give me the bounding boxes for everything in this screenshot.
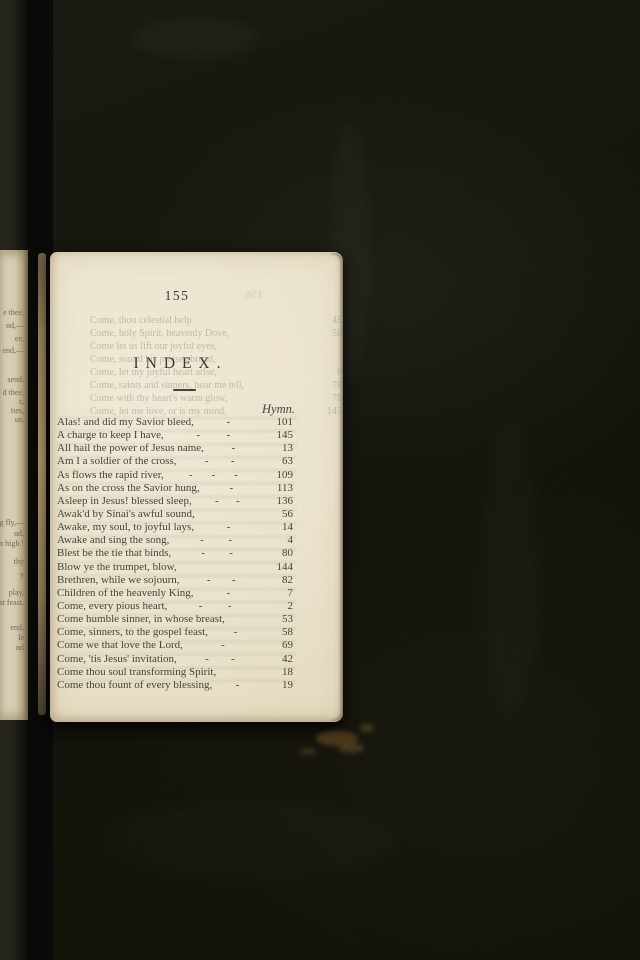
- entry-hymn-number: 53: [263, 613, 297, 626]
- entry-dash-leaders: --: [167, 600, 263, 613]
- entry-hymn-number: 109: [263, 469, 297, 482]
- entry-hymn-number: 113: [263, 482, 297, 495]
- left-page-text-fragment: play,: [9, 588, 24, 597]
- entry-dash-leaders: --: [169, 534, 263, 547]
- entry-dash-leaders: ---: [164, 469, 263, 482]
- entry-hymn-number: 18: [263, 666, 297, 679]
- entry-dash-leaders: -: [194, 587, 263, 600]
- entry-hymn-number: 63: [263, 455, 297, 468]
- left-page-text-fragment: us,: [15, 415, 24, 424]
- index-entry-row: Awake, my soul, to joyful lays,-14: [57, 521, 297, 534]
- entry-title: Awake, my soul, to joyful lays,: [57, 521, 194, 534]
- entry-title: Come, every pious heart,: [57, 600, 167, 613]
- entry-dash-leaders: -: [204, 442, 263, 455]
- index-entry-row: Come we that love the Lord,-69: [57, 639, 297, 652]
- index-entry-row: Am I a soldier of the cross,--63: [57, 455, 297, 468]
- entry-hymn-number: 42: [263, 653, 297, 666]
- ghost-line-number: 78: [322, 380, 342, 391]
- left-page-text-fragment: nd,—: [6, 321, 24, 330]
- dash-leader: -: [227, 416, 231, 429]
- entry-hymn-number: 144: [263, 561, 297, 574]
- entry-dash-leaders: -: [194, 416, 263, 429]
- index-entry-row: Come humble sinner, in whose breast,53: [57, 613, 297, 626]
- entry-hymn-number: 4: [263, 534, 297, 547]
- index-entry-row: Come, every pious heart,--2: [57, 600, 297, 613]
- entry-dash-leaders: --: [177, 653, 263, 666]
- ghost-line: Come, holy Spirit, heavenly Dove,58: [90, 328, 342, 341]
- ghost-line-number: 45: [322, 315, 342, 326]
- background-streak: [100, 800, 400, 880]
- index-entry-row: A charge to keep I have,--145: [57, 429, 297, 442]
- entry-title: As flows the rapid river,: [57, 469, 164, 482]
- index-list: Alas! and did my Savior bleed,-101A char…: [57, 416, 297, 692]
- dash-leader: -: [231, 455, 235, 468]
- left-page-text-fragment: e thee,: [3, 308, 24, 317]
- dash-leader: -: [229, 534, 233, 547]
- index-entry-row: Blow ye the trumpet, blow,144: [57, 561, 297, 574]
- left-partial-page: e thee,nd,—ee,ite end,—send.d thee,s,tie…: [0, 250, 28, 720]
- left-page-text-fragment: n high !: [0, 539, 24, 548]
- dash-leader: -: [236, 495, 240, 508]
- entry-title: Come, 'tis Jesus' invitation,: [57, 653, 177, 666]
- ghost-line-text: Come, saints and sinners, hear me tell,: [90, 380, 322, 391]
- photo-background: e thee,nd,—ee,ite end,—send.d thee,s,tie…: [0, 0, 640, 960]
- book-page: 156 155 Come, thou celestial help45Come,…: [50, 252, 343, 722]
- dash-leader: -: [207, 574, 211, 587]
- index-entry-row: Awak'd by Sinai's awful sound,56: [57, 508, 297, 521]
- left-page-text-fragment: ng fly,—: [0, 518, 24, 527]
- entry-hymn-number: 56: [263, 508, 297, 521]
- index-entry-row: Blest be the tie that binds,--80: [57, 547, 297, 560]
- background-streak: [480, 420, 540, 720]
- dash-leader: -: [212, 469, 216, 482]
- left-page-text-fragment: st feast.: [0, 598, 24, 607]
- left-page-text-fragment: nd: [16, 643, 24, 652]
- left-page-text-fragment: ee,: [15, 334, 24, 343]
- dash-leader: -: [231, 653, 235, 666]
- ghost-line-number: 8: [322, 367, 342, 378]
- entry-hymn-number: 58: [263, 626, 297, 639]
- index-entry-row: As on the cross the Savior hung,-113: [57, 482, 297, 495]
- dash-leader: -: [232, 442, 236, 455]
- entry-hymn-number: 13: [263, 442, 297, 455]
- dash-leader: -: [199, 600, 203, 613]
- entry-hymn-number: 7: [263, 587, 297, 600]
- entry-dash-leaders: -: [183, 639, 263, 652]
- index-entry-row: Asleep in Jesus! blessed sleep,--136: [57, 495, 297, 508]
- page-content: 156 155 Come, thou celestial help45Come,…: [57, 252, 297, 722]
- dash-leader: -: [200, 534, 204, 547]
- entry-hymn-number: 2: [263, 600, 297, 613]
- ghost-line-text: Come, holy Spirit, heavenly Dove,: [90, 328, 322, 339]
- index-entry-row: Come thou fount of every blessing,-19: [57, 679, 297, 692]
- dash-leader: -: [205, 653, 209, 666]
- entry-dash-leaders: --: [171, 547, 263, 560]
- ink-smudge: [300, 748, 316, 755]
- entry-title: Come we that love the Lord,: [57, 639, 183, 652]
- index-entry-row: As flows the rapid river,---109: [57, 469, 297, 482]
- ghost-line: Come, thou celestial help45: [90, 315, 342, 328]
- ghost-line: Come with thy heart's warm glow,78: [90, 393, 342, 406]
- entry-title: Blow ye the trumpet, blow,: [57, 561, 177, 574]
- entry-title: Come thou soul transforming Spirit,: [57, 666, 216, 679]
- entry-title: Am I a soldier of the cross,: [57, 455, 176, 468]
- hymn-column-header: Hymn.: [262, 402, 295, 417]
- entry-hymn-number: 145: [263, 429, 297, 442]
- index-entry-row: Come, 'tis Jesus' invitation,--42: [57, 653, 297, 666]
- entry-title: As on the cross the Savior hung,: [57, 482, 200, 495]
- left-page-text-fragment: send.: [7, 375, 24, 384]
- entry-title: Brethren, while we sojourn,: [57, 574, 180, 587]
- index-entry-row: Awake and sing the song,--4: [57, 534, 297, 547]
- entry-dash-leaders: -: [194, 521, 263, 534]
- dash-leader: -: [227, 429, 231, 442]
- left-page-text-fragment: thy: [14, 557, 24, 566]
- left-page-text-fragment: nd,: [14, 529, 24, 538]
- dash-leader: -: [232, 574, 236, 587]
- entry-title: Blest be the tie that binds,: [57, 547, 171, 560]
- entry-title: All hail the power of Jesus name,: [57, 442, 204, 455]
- entry-dash-leaders: --: [192, 495, 263, 508]
- background-scratch: [130, 18, 260, 58]
- left-page-text-fragment: end,: [10, 623, 24, 632]
- entry-dash-leaders: --: [176, 455, 263, 468]
- dash-leader: -: [215, 495, 219, 508]
- left-page-text-fragment: y: [20, 570, 24, 579]
- left-page-text-fragment: s,: [19, 397, 24, 406]
- entry-dash-leaders: -: [200, 482, 263, 495]
- entry-hymn-number: 82: [263, 574, 297, 587]
- ghost-line-text: Come, thou celestial help: [90, 315, 322, 326]
- ghost-line-number: 58: [322, 328, 342, 339]
- left-page-text-fragment: d thee,: [3, 388, 24, 397]
- dash-leader: -: [189, 469, 193, 482]
- index-entry-row: Brethren, while we sojourn,--82: [57, 574, 297, 587]
- dash-leader: -: [226, 587, 230, 600]
- entry-hymn-number: 136: [263, 495, 297, 508]
- dash-leader: -: [230, 482, 234, 495]
- entry-dash-leaders: --: [180, 574, 264, 587]
- ghost-line: Come, saints and sinners, hear me tell,7…: [90, 380, 342, 393]
- index-entry-row: Children of the heavenly King,-7: [57, 587, 297, 600]
- entry-title: Awake and sing the song,: [57, 534, 169, 547]
- entry-title: Come, sinners, to the gospel feast,: [57, 626, 208, 639]
- ghost-line: Come let us lift our joyful eyes,: [90, 341, 342, 354]
- entry-hymn-number: 69: [263, 639, 297, 652]
- dash-leader: -: [234, 469, 238, 482]
- entry-hymn-number: 14: [263, 521, 297, 534]
- index-entry-row: Come thou soul transforming Spirit,18: [57, 666, 297, 679]
- dash-leader: -: [228, 600, 232, 613]
- entry-title: Come humble sinner, in whose breast,: [57, 613, 225, 626]
- entry-title: Alas! and did my Savior bleed,: [57, 416, 194, 429]
- page-number: 155: [57, 288, 297, 304]
- dash-leader: -: [236, 679, 240, 692]
- entry-hymn-number: 101: [263, 416, 297, 429]
- dash-leader: -: [205, 455, 209, 468]
- entry-title: A charge to keep I have,: [57, 429, 164, 442]
- dash-leader: -: [196, 429, 200, 442]
- dash-leader: -: [227, 521, 231, 534]
- entry-dash-leaders: -: [212, 679, 263, 692]
- entry-hymn-number: 80: [263, 547, 297, 560]
- dash-leader: -: [201, 547, 205, 560]
- left-page-text-fragment: le: [18, 633, 24, 642]
- ink-smudge: [360, 724, 374, 732]
- ink-smudge: [316, 731, 358, 746]
- entry-title: Children of the heavenly King,: [57, 587, 194, 600]
- entry-dash-leaders: --: [164, 429, 263, 442]
- index-entry-row: Alas! and did my Savior bleed,-101: [57, 416, 297, 429]
- ghost-line-number: 78: [322, 393, 342, 404]
- entry-title: Awak'd by Sinai's awful sound,: [57, 508, 195, 521]
- index-entry-row: All hail the power of Jesus name,-13: [57, 442, 297, 455]
- index-entry-row: Come, sinners, to the gospel feast,-58: [57, 626, 297, 639]
- title-rule: [173, 389, 196, 391]
- entry-dash-leaders: -: [208, 626, 263, 639]
- dash-leader: -: [234, 626, 238, 639]
- dash-leader: -: [229, 547, 233, 560]
- ghost-line-text: Come let us lift our joyful eyes,: [90, 341, 322, 352]
- dash-leader: -: [221, 639, 225, 652]
- entry-title: Come thou fount of every blessing,: [57, 679, 212, 692]
- ink-smudge: [338, 743, 364, 753]
- left-page-text-fragment: ties,: [11, 406, 24, 415]
- entry-title: Asleep in Jesus! blessed sleep,: [57, 495, 192, 508]
- entry-hymn-number: 19: [263, 679, 297, 692]
- ghost-line-number: 147: [322, 406, 342, 417]
- index-title: INDEX.: [57, 355, 297, 373]
- left-page-text-fragment: ite end,—: [0, 346, 24, 355]
- page-edge-strip: [38, 253, 46, 715]
